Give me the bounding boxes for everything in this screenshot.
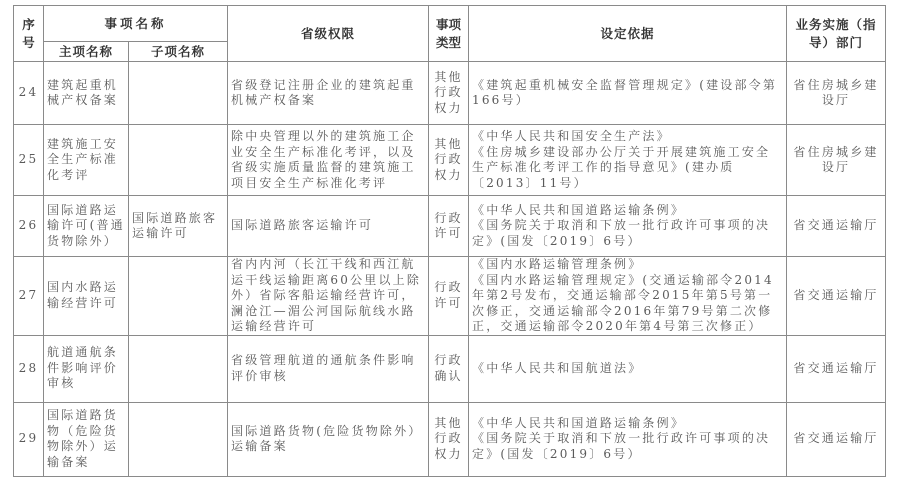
header-main-item: 主项名称 — [44, 42, 129, 62]
row-basis: 《中华人民共和国道路运输条例》 《国务院关于取消和下放一批行政许可事项的决定》(… — [469, 196, 787, 257]
row-main-item: 国际道路货物（危险货物除外）运输备案 — [44, 402, 129, 476]
basis-line: 《中华人民共和国道路运输条例》 — [472, 203, 783, 219]
row-item-type: 其他行政权力 — [429, 402, 469, 476]
row-main-item: 国际道路运输许可(普通货物除外） — [44, 196, 129, 257]
basis-line: 《中华人民共和国道路运输条例》 — [472, 416, 783, 432]
authority-list-table: 序号 事项名称 省级权限 事项类型 设定依据 业务实施（指导）部门 主项名称 子… — [13, 5, 886, 477]
header-basis: 设定依据 — [469, 6, 787, 62]
row-department: 省交通运输厅 — [787, 335, 886, 402]
basis-line: 《国内水路运输管理规定》(交通运输部令2014年第2号发布，交通运输部令2015… — [472, 273, 783, 335]
table-row: 29 国际道路货物（危险货物除外）运输备案 国际道路货物(危险货物除外）运输备案… — [14, 402, 886, 476]
header-department: 业务实施（指导）部门 — [787, 6, 886, 62]
table-row: 24 建筑起重机械产权备案 省级登记注册企业的建筑起重机械产权备案 其他行政权力… — [14, 62, 886, 125]
row-sub-item — [129, 62, 228, 125]
row-main-item: 建筑起重机械产权备案 — [44, 62, 129, 125]
row-basis: 《国内水路运输管理条例》 《国内水路运输管理规定》(交通运输部令2014年第2号… — [469, 257, 787, 336]
row-authority: 国际道路货物(危险货物除外）运输备案 — [228, 402, 429, 476]
row-main-item: 建筑施工安全生产标准化考评 — [44, 125, 129, 196]
basis-line: 《建筑起重机械安全监督管理规定》(建设部令第166号） — [472, 78, 783, 109]
row-sub-item — [129, 125, 228, 196]
row-item-type: 行政许可 — [429, 196, 469, 257]
table-row: 27 国内水路运输经营许可 省内内河（长江干线和西江航运干线运输距离60公里以上… — [14, 257, 886, 336]
row-sub-item — [129, 335, 228, 402]
table-row: 26 国际道路运输许可(普通货物除外） 国际道路旅客运输许可 国际道路旅客运输许… — [14, 196, 886, 257]
row-seq: 25 — [14, 125, 44, 196]
table-row: 28 航道通航条件影响评价审核 省级管理航道的通航条件影响评价审核 行政确认 《… — [14, 335, 886, 402]
header-item-type: 事项类型 — [429, 6, 469, 62]
row-department: 省交通运输厅 — [787, 196, 886, 257]
row-seq: 28 — [14, 335, 44, 402]
row-basis: 《中华人民共和国航道法》 — [469, 335, 787, 402]
header-row: 序号 事项名称 省级权限 事项类型 设定依据 业务实施（指导）部门 — [14, 6, 886, 42]
row-item-type: 行政确认 — [429, 335, 469, 402]
row-authority: 省内内河（长江干线和西江航运干线运输距离60公里以上除外）省际客船运输经营许可，… — [228, 257, 429, 336]
row-item-type: 行政许可 — [429, 257, 469, 336]
header-authority: 省级权限 — [228, 6, 429, 62]
row-item-type: 其他行政权力 — [429, 62, 469, 125]
row-seq: 29 — [14, 402, 44, 476]
row-main-item: 航道通航条件影响评价审核 — [44, 335, 129, 402]
row-main-item: 国内水路运输经营许可 — [44, 257, 129, 336]
row-department: 省住房城乡建设厅 — [787, 62, 886, 125]
row-sub-item — [129, 402, 228, 476]
row-authority: 省级登记注册企业的建筑起重机械产权备案 — [228, 62, 429, 125]
row-department: 省交通运输厅 — [787, 257, 886, 336]
row-basis: 《建筑起重机械安全监督管理规定》(建设部令第166号） — [469, 62, 787, 125]
header-sub-item: 子项名称 — [129, 42, 228, 62]
row-seq: 24 — [14, 62, 44, 125]
basis-line: 《中华人民共和国安全生产法》 — [472, 129, 783, 145]
row-seq: 27 — [14, 257, 44, 336]
row-authority: 国际道路旅客运输许可 — [228, 196, 429, 257]
row-basis: 《中华人民共和国道路运输条例》 《国务院关于取消和下放一批行政许可事项的决定》(… — [469, 402, 787, 476]
basis-line: 《国内水路运输管理条例》 — [472, 257, 783, 273]
row-authority: 除中央管理以外的建筑施工企业安全生产标准化考评，以及省级实施质量监督的建筑施工项… — [228, 125, 429, 196]
row-authority: 省级管理航道的通航条件影响评价审核 — [228, 335, 429, 402]
basis-line: 《国务院关于取消和下放一批行政许可事项的决定》(国发〔2019〕6号） — [472, 218, 783, 249]
header-seq: 序号 — [14, 6, 44, 62]
row-sub-item: 国际道路旅客运输许可 — [129, 196, 228, 257]
basis-line: 《中华人民共和国航道法》 — [472, 361, 783, 377]
table-row: 25 建筑施工安全生产标准化考评 除中央管理以外的建筑施工企业安全生产标准化考评… — [14, 125, 886, 196]
row-sub-item — [129, 257, 228, 336]
row-department: 省交通运输厅 — [787, 402, 886, 476]
row-department: 省住房城乡建设厅 — [787, 125, 886, 196]
header-item-name: 事项名称 — [44, 6, 228, 42]
row-seq: 26 — [14, 196, 44, 257]
row-item-type: 其他行政权力 — [429, 125, 469, 196]
basis-line: 《国务院关于取消和下放一批行政许可事项的决定》(国发〔2019〕6号） — [472, 431, 783, 462]
row-basis: 《中华人民共和国安全生产法》 《住房城乡建设部办公厅关于开展建筑施工安全生产标准… — [469, 125, 787, 196]
basis-line: 《住房城乡建设部办公厅关于开展建筑施工安全生产标准化考评工作的指导意见》(建办质… — [472, 145, 783, 192]
